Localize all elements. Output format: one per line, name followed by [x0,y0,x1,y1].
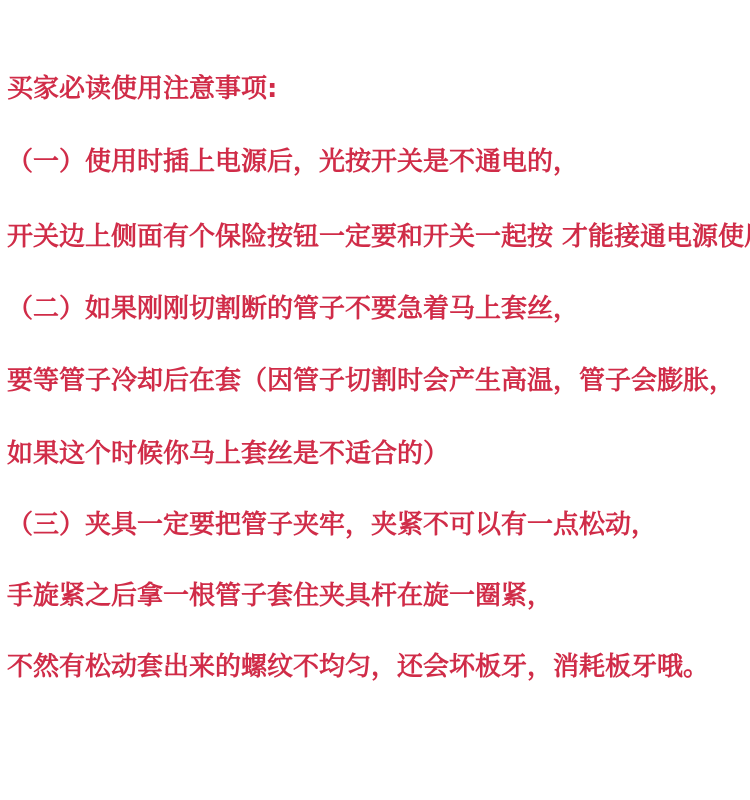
notice-line-3: （二）如果刚刚切割断的管子不要急着马上套丝， [7,294,579,324]
notice-page: 买家必读使用注意事项: （一）使用时插上电源后，光按开关是不通电的， 开关边上侧… [0,0,750,800]
notice-line-5: 如果这个时候你马上套丝是不适合的） [7,439,449,469]
notice-line-6: （三）夹具一定要把管子夹牢，夹紧不可以有一点松动， [7,510,657,540]
notice-line-2: 开关边上侧面有个保险按钮一定要和开关一起按 才能接通电源使用 [7,222,750,252]
notice-line-8: 不然有松动套出来的螺纹不均匀，还会坏板牙，消耗板牙哦。 [7,652,709,682]
notice-line-4: 要等管子冷却后在套（因管子切割时会产生高温，管子会膨胀， [7,366,735,396]
notice-line-1: （一）使用时插上电源后，光按开关是不通电的， [7,147,579,177]
notice-title: 买家必读使用注意事项: [7,74,277,104]
notice-line-7: 手旋紧之后拿一根管子套住夹具杆在旋一圈紧， [7,581,553,611]
